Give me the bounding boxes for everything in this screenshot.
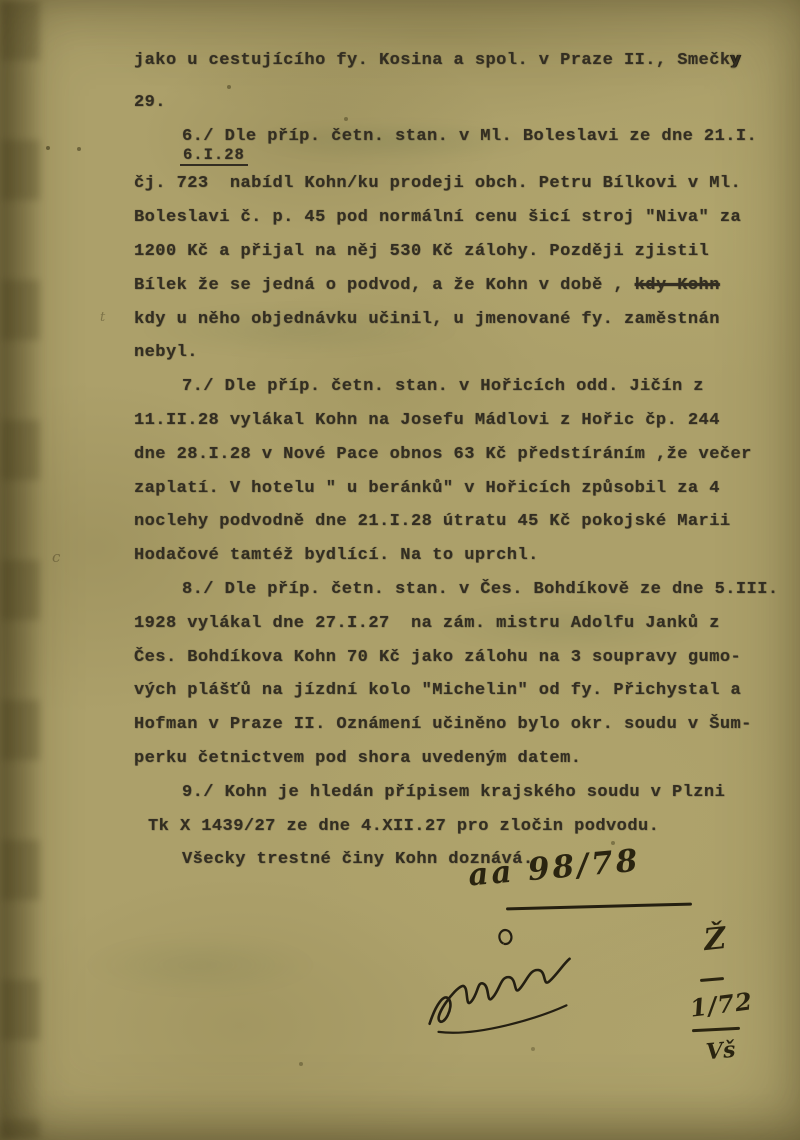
typed-segment: jako u cestujícího fy. Kosina a spol. v … (134, 51, 731, 70)
ink-specks (0, 0, 2, 2)
typed-line: čj. 723 nabídl Kohn/ku prodeji obch. Pet… (134, 167, 764, 201)
typed-segment: Čes. Bohdíkova Kohn 70 Kč jako zálohu na… (134, 648, 741, 667)
typed-line: 29. (134, 86, 764, 120)
typed-line: 9./ Kohn je hledán přípisem krajského so… (134, 776, 764, 810)
typed-segment: Všecky trestné činy Kohn doznává. (182, 850, 534, 869)
typed-segment: 1200 Kč a přijal na něj 530 Kč zálohy. P… (134, 242, 709, 261)
typed-segment: 1928 vylákal dne 27.I.27 na zám. mistru … (134, 614, 720, 633)
typed-line: jako u cestujícího fy. Kosina a spol. v … (134, 44, 764, 78)
typed-line: noclehy podvodně dne 21.I.28 útratu 45 K… (134, 505, 764, 539)
typed-segment: Hodačové tamtéž bydlící. Na to uprchl. (134, 546, 539, 565)
handwritten-dash (692, 1027, 740, 1033)
typed-line: kdy u něho objednávku učinil, u jmenovan… (134, 303, 764, 337)
margin-pencil-mark: c (52, 548, 60, 566)
typed-segment-blot: y (731, 51, 742, 70)
typed-segment: zaplatí. V hotelu " u beránků" v Hořicíc… (134, 479, 720, 498)
typed-segment: 6.I.28 (180, 146, 248, 166)
typed-line: 7./ Dle příp. četn. stan. v Hořicích odd… (134, 370, 764, 404)
typed-segment: noclehy podvodně dne 21.I.28 útratu 45 K… (134, 512, 731, 531)
typed-line: 1200 Kč a přijal na něj 530 Kč zálohy. P… (134, 235, 764, 269)
typed-segment-strike: kdy Kohn (635, 276, 720, 295)
typed-segment: Tk X 1439/27 ze dne 4.XII.27 pro zločin … (148, 817, 659, 836)
typed-segment: nebyl. (134, 343, 198, 362)
signature-scribble (406, 919, 597, 1047)
typed-segment: 9./ Kohn je hledán přípisem krajského so… (182, 783, 725, 802)
handwritten-dash (700, 977, 724, 982)
margin-pencil-mark: t (100, 310, 105, 325)
typed-line: vých plášťů na jízdní kolo "Michelin" od… (134, 674, 764, 708)
typed-line: 11.II.28 vylákal Kohn na Josefu Mádlovi … (134, 404, 764, 438)
scanned-document-page: c t jako u cestujícího fy. Kosina a spol… (0, 0, 800, 1140)
typed-line: Boleslavi č. p. 45 pod normální cenu šic… (134, 201, 764, 235)
handwritten-number: 1/72 (688, 986, 754, 1022)
typed-segment: dne 28.I.28 v Nové Pace obnos 63 Kč před… (134, 445, 752, 464)
typed-line: 8./ Dle příp. četn. stan. v Čes. Bohdíko… (134, 573, 764, 607)
typed-line: 1928 vylákal dne 27.I.27 na zám. mistru … (134, 607, 764, 641)
typed-line: Hofman v Praze II. Oznámení učiněno bylo… (134, 708, 764, 742)
typed-line: Čes. Bohdíkova Kohn 70 Kč jako zálohu na… (134, 641, 764, 675)
handwritten-underline (506, 903, 692, 911)
typed-text-block: jako u cestujícího fy. Kosina a spol. v … (134, 44, 764, 877)
left-edge-shadow (0, 0, 40, 1140)
typed-line: Bílek že se jedná o podvod, a že Kohn v … (134, 269, 764, 303)
typed-segment: Bílek že se jedná o podvod, a že Kohn v … (134, 276, 635, 295)
signature (406, 919, 597, 1052)
typed-segment: 8./ Dle příp. četn. stan. v Čes. Bohdíko… (182, 580, 779, 599)
handwritten-initial: Ž (702, 921, 727, 958)
typed-segment: Hofman v Praze II. Oznámení učiněno bylo… (134, 715, 752, 734)
typed-line: perku četnictvem pod shora uvedeným date… (134, 742, 764, 776)
handwritten-initials-bottom: Vš (705, 1037, 737, 1065)
typed-line: dne 28.I.28 v Nové Pace obnos 63 Kč před… (134, 438, 764, 472)
typed-segment: kdy u něho objednávku učinil, u jmenovan… (134, 310, 720, 329)
typed-line: nebyl. (134, 336, 764, 370)
typed-segment: Boleslavi č. p. 45 pod normální cenu šic… (134, 208, 741, 227)
typed-segment: 7./ Dle příp. četn. stan. v Hořicích odd… (182, 377, 704, 396)
typed-line: Hodačové tamtéž bydlící. Na to uprchl. (134, 539, 764, 573)
show-through-smudge (70, 930, 330, 1000)
typed-line: zaplatí. V hotelu " u beránků" v Hořicíc… (134, 472, 764, 506)
typed-line: Všecky trestné činy Kohn doznává. (134, 843, 764, 877)
typed-segment: 6./ Dle příp. četn. stan. v Ml. Boleslav… (182, 127, 757, 146)
typed-segment: čj. 723 nabídl Kohn/ku prodeji obch. Pet… (134, 174, 741, 193)
typed-line: Tk X 1439/27 ze dne 4.XII.27 pro zločin … (134, 810, 764, 844)
typed-segment: 11.II.28 vylákal Kohn na Josefu Mádlovi … (134, 411, 720, 430)
typed-segment: perku četnictvem pod shora uvedeným date… (134, 749, 581, 768)
typed-segment: 29. (134, 93, 166, 112)
typed-segment: vých plášťů na jízdní kolo "Michelin" od… (134, 681, 741, 700)
